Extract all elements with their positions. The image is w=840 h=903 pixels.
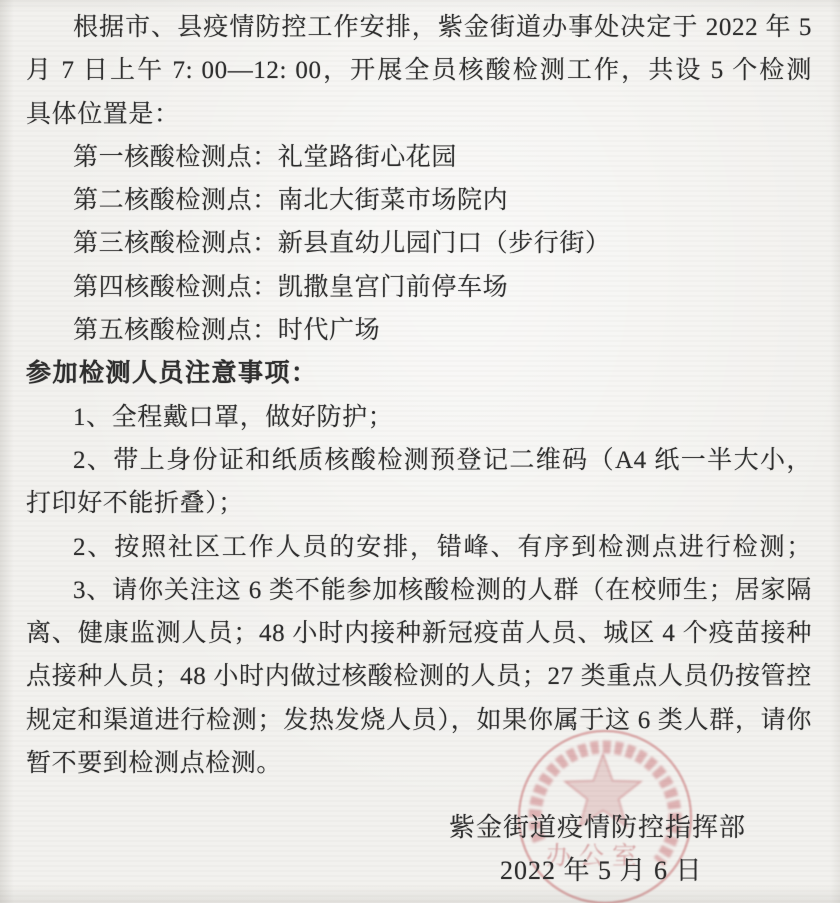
text-line: 第一核酸检测点：礼堂路街心花园 xyxy=(26,136,812,179)
text-line: 第二核酸检测点：南北大街菜市场院内 xyxy=(26,179,812,222)
text-line: 具体位置是： xyxy=(26,93,812,136)
text-line: 2、带上身份证和纸质核酸检测预登记二维码（A4 纸一半大小， xyxy=(26,439,812,482)
text-line: 离、健康监测人员；48 小时内接种新冠疫苗人员、城区 4 个疫苗接种 xyxy=(26,612,812,655)
text-line: 参加检测人员注意事项： xyxy=(26,352,812,395)
text-line: 1、全程戴口罩，做好防护； xyxy=(26,396,812,439)
signature-org: 紫金街道疫情防控指挥部 xyxy=(449,811,746,845)
notice-body: 根据市、县疫情防控工作安排，紫金街道办事处决定于 2022 年 5 月 7 日上… xyxy=(26,6,812,785)
text-line: 暂不要到检测点检测。 xyxy=(26,742,812,785)
text-line: 第四核酸检测点：凯撒皇宫门前停车场 xyxy=(26,266,812,309)
text-line: 2、按照社区工作人员的安排，错峰、有序到检测点进行检测； xyxy=(26,526,812,569)
text-line: 月 7 日上午 7: 00—12: 00，开展全员核酸检测工作，共设 5 个检测… xyxy=(26,49,812,92)
text-line: 规定和渠道进行检测；发热发烧人员），如果你属于这 6 类人群，请你 xyxy=(26,699,812,742)
scanned-notice-page: 办公室 根据市、县疫情防控工作安排，紫金街道办事处决定于 2022 年 5 月 … xyxy=(0,0,840,903)
signature-date: 2022 年 5 月 6 日 xyxy=(500,854,703,888)
text-line: 3、请你关注这 6 类不能参加核酸检测的人群（在校师生；居家隔 xyxy=(26,569,812,612)
text-line: 点接种人员；48 小时内做过核酸检测的人员；27 类重点人员仍按管控 xyxy=(26,655,812,698)
text-line: 第五核酸检测点：时代广场 xyxy=(26,309,812,352)
text-line: 根据市、县疫情防控工作安排，紫金街道办事处决定于 2022 年 5 xyxy=(26,6,812,49)
text-line: 第三核酸检测点：新县直幼儿园门口（步行街） xyxy=(26,222,812,265)
text-line: 打印好不能折叠）； xyxy=(26,482,812,525)
